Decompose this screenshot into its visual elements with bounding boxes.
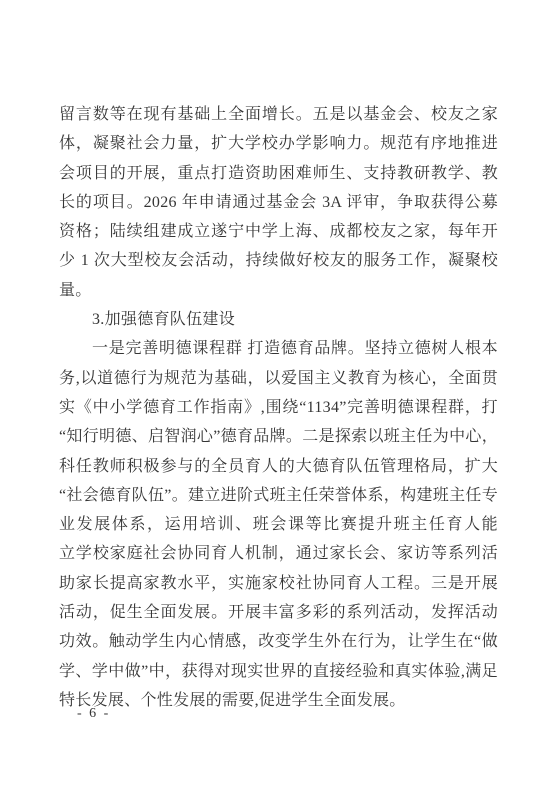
text-line: 特长发展、个性发展的需要,促进学生全面发展。: [59, 686, 498, 715]
text-line: 助家长提高家教水平，实施家校社协同育人工程。三是开展多元: [59, 569, 498, 598]
text-line: 立学校家庭社会协同育人机制，通过家长会、家访等系列活动帮: [59, 539, 498, 568]
text-line: 业发展体系，运用培训、班会课等比赛提升班主任育人能力，建: [59, 510, 498, 539]
text-line: 一是完善明德课程群 打造德育品牌。坚持立德树人根本任: [59, 334, 498, 363]
text-line: 体，凝聚社会力量，扩大学校办学影响力。规范有序地推进基金: [59, 129, 498, 158]
text-line: 长的项目。2026 年申请通过基金会 3A 评审，争取获得公募基金: [59, 188, 498, 217]
text-line: 科任教师积极参与的全员育人的大德育队伍管理格局，扩大优化: [59, 452, 498, 481]
section-heading: 3.加强德育队伍建设: [59, 305, 498, 334]
text-line: 量。: [59, 276, 498, 305]
text-line: 实《中小学德育工作指南》,围绕“1134”完善明德课程群，打造: [59, 393, 498, 422]
text-line: 功效。触动学生内心情感，改变学生外在行为，让学生在“做中: [59, 627, 498, 656]
document-page: 留言数等在现有基础上全面增长。五是以基金会、校友之家等载 体，凝聚社会力量，扩大…: [0, 0, 556, 797]
text-line: 资格；陆续组建成立遂宁中学上海、成都校友之家，每年开展至: [59, 217, 498, 246]
text-line: 活动，促生全面发展。开展丰富多彩的系列活动，发挥活动育人: [59, 598, 498, 627]
text-line: “知行明德、启智润心”德育品牌。二是探索以班主任为中心，: [59, 422, 498, 451]
page-number: - 6 -: [77, 706, 110, 722]
text-line: “社会德育队伍”。建立进阶式班主任荣誉体系，构建班主任专: [59, 481, 498, 510]
text-line: 留言数等在现有基础上全面增长。五是以基金会、校友之家等载: [59, 100, 498, 129]
text-line: 学、学中做”中，获得对现实世界的直接经验和真实体验,满足其: [59, 657, 498, 686]
text-line: 会项目的开展，重点打造资助困难师生、支持教研教学、教师成: [59, 159, 498, 188]
text-block: 留言数等在现有基础上全面增长。五是以基金会、校友之家等载 体，凝聚社会力量，扩大…: [59, 100, 498, 715]
text-line: 少 1 次大型校友会活动，持续做好校友的服务工作，凝聚校友力: [59, 246, 498, 275]
text-line: 务,以道德行为规范为基础，以爱国主义教育为核心，全面贯彻落: [59, 364, 498, 393]
